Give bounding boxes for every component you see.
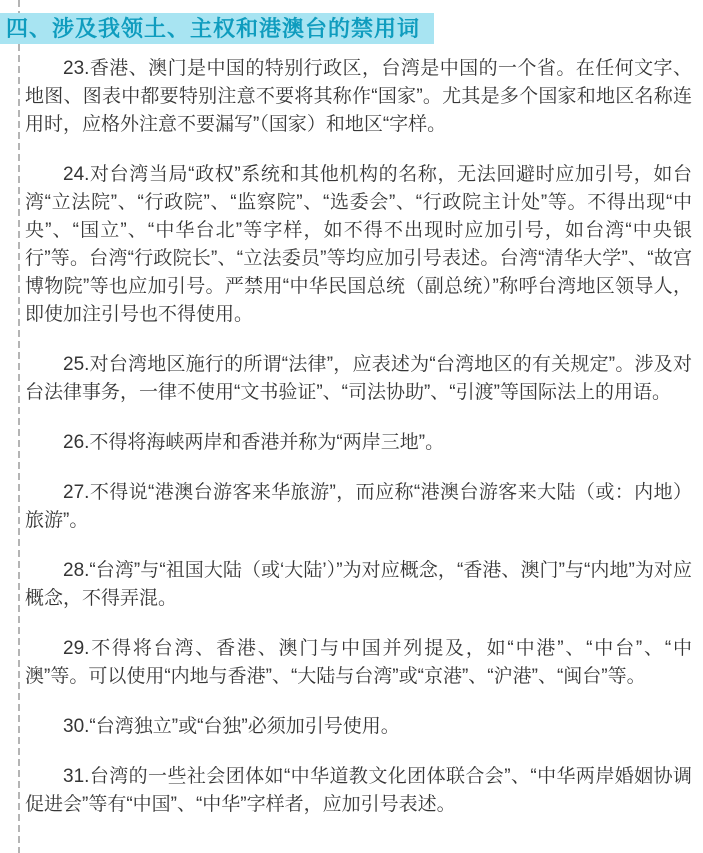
- paragraph-item-23: 23.香港、澳门是中国的特别行政区，台湾是中国的一个省。在任何文字、地图、图表中…: [25, 55, 692, 139]
- paragraph-item-27: 27.不得说“港澳台游客来华旅游”，而应称“港澳台游客来大陆（或：内地）旅游”。: [25, 479, 692, 535]
- paragraph-item-25: 25.对台湾地区施行的所谓“法律”，应表述为“台湾地区的有关规定”。涉及对台法律…: [25, 351, 692, 407]
- paragraph-item-30: 30.“台湾独立”或“台独”必须加引号使用。: [25, 713, 692, 741]
- paragraph-item-26: 26.不得将海峡两岸和香港并称为“两岸三地”。: [25, 429, 692, 457]
- document-page: 四、涉及我领土、主权和港澳台的禁用词 23.香港、澳门是中国的特别行政区，台湾是…: [0, 0, 703, 853]
- paragraph-item-24: 24.对台湾当局“政权”系统和其他机构的名称，无法回避时应加引号，如台湾“立法院…: [25, 161, 692, 329]
- left-dashed-guide-line: [18, 0, 20, 853]
- paragraph-item-28: 28.“台湾”与“祖国大陆（或‘大陆’）”为对应概念，“香港、澳门”与“内地”为…: [25, 557, 692, 613]
- document-body: 23.香港、澳门是中国的特别行政区，台湾是中国的一个省。在任何文字、地图、图表中…: [25, 55, 692, 819]
- paragraph-item-29: 29.不得将台湾、香港、澳门与中国并列提及，如“中港”、“中台”、“中澳”等。可…: [25, 635, 692, 691]
- section-heading: 四、涉及我领土、主权和港澳台的禁用词: [0, 13, 434, 44]
- paragraph-item-31: 31.台湾的一些社会团体如“中华道教文化团体联合会”、“中华两岸婚姻协调促进会”…: [25, 763, 692, 819]
- section-heading-row: 四、涉及我领土、主权和港澳台的禁用词: [0, 0, 703, 44]
